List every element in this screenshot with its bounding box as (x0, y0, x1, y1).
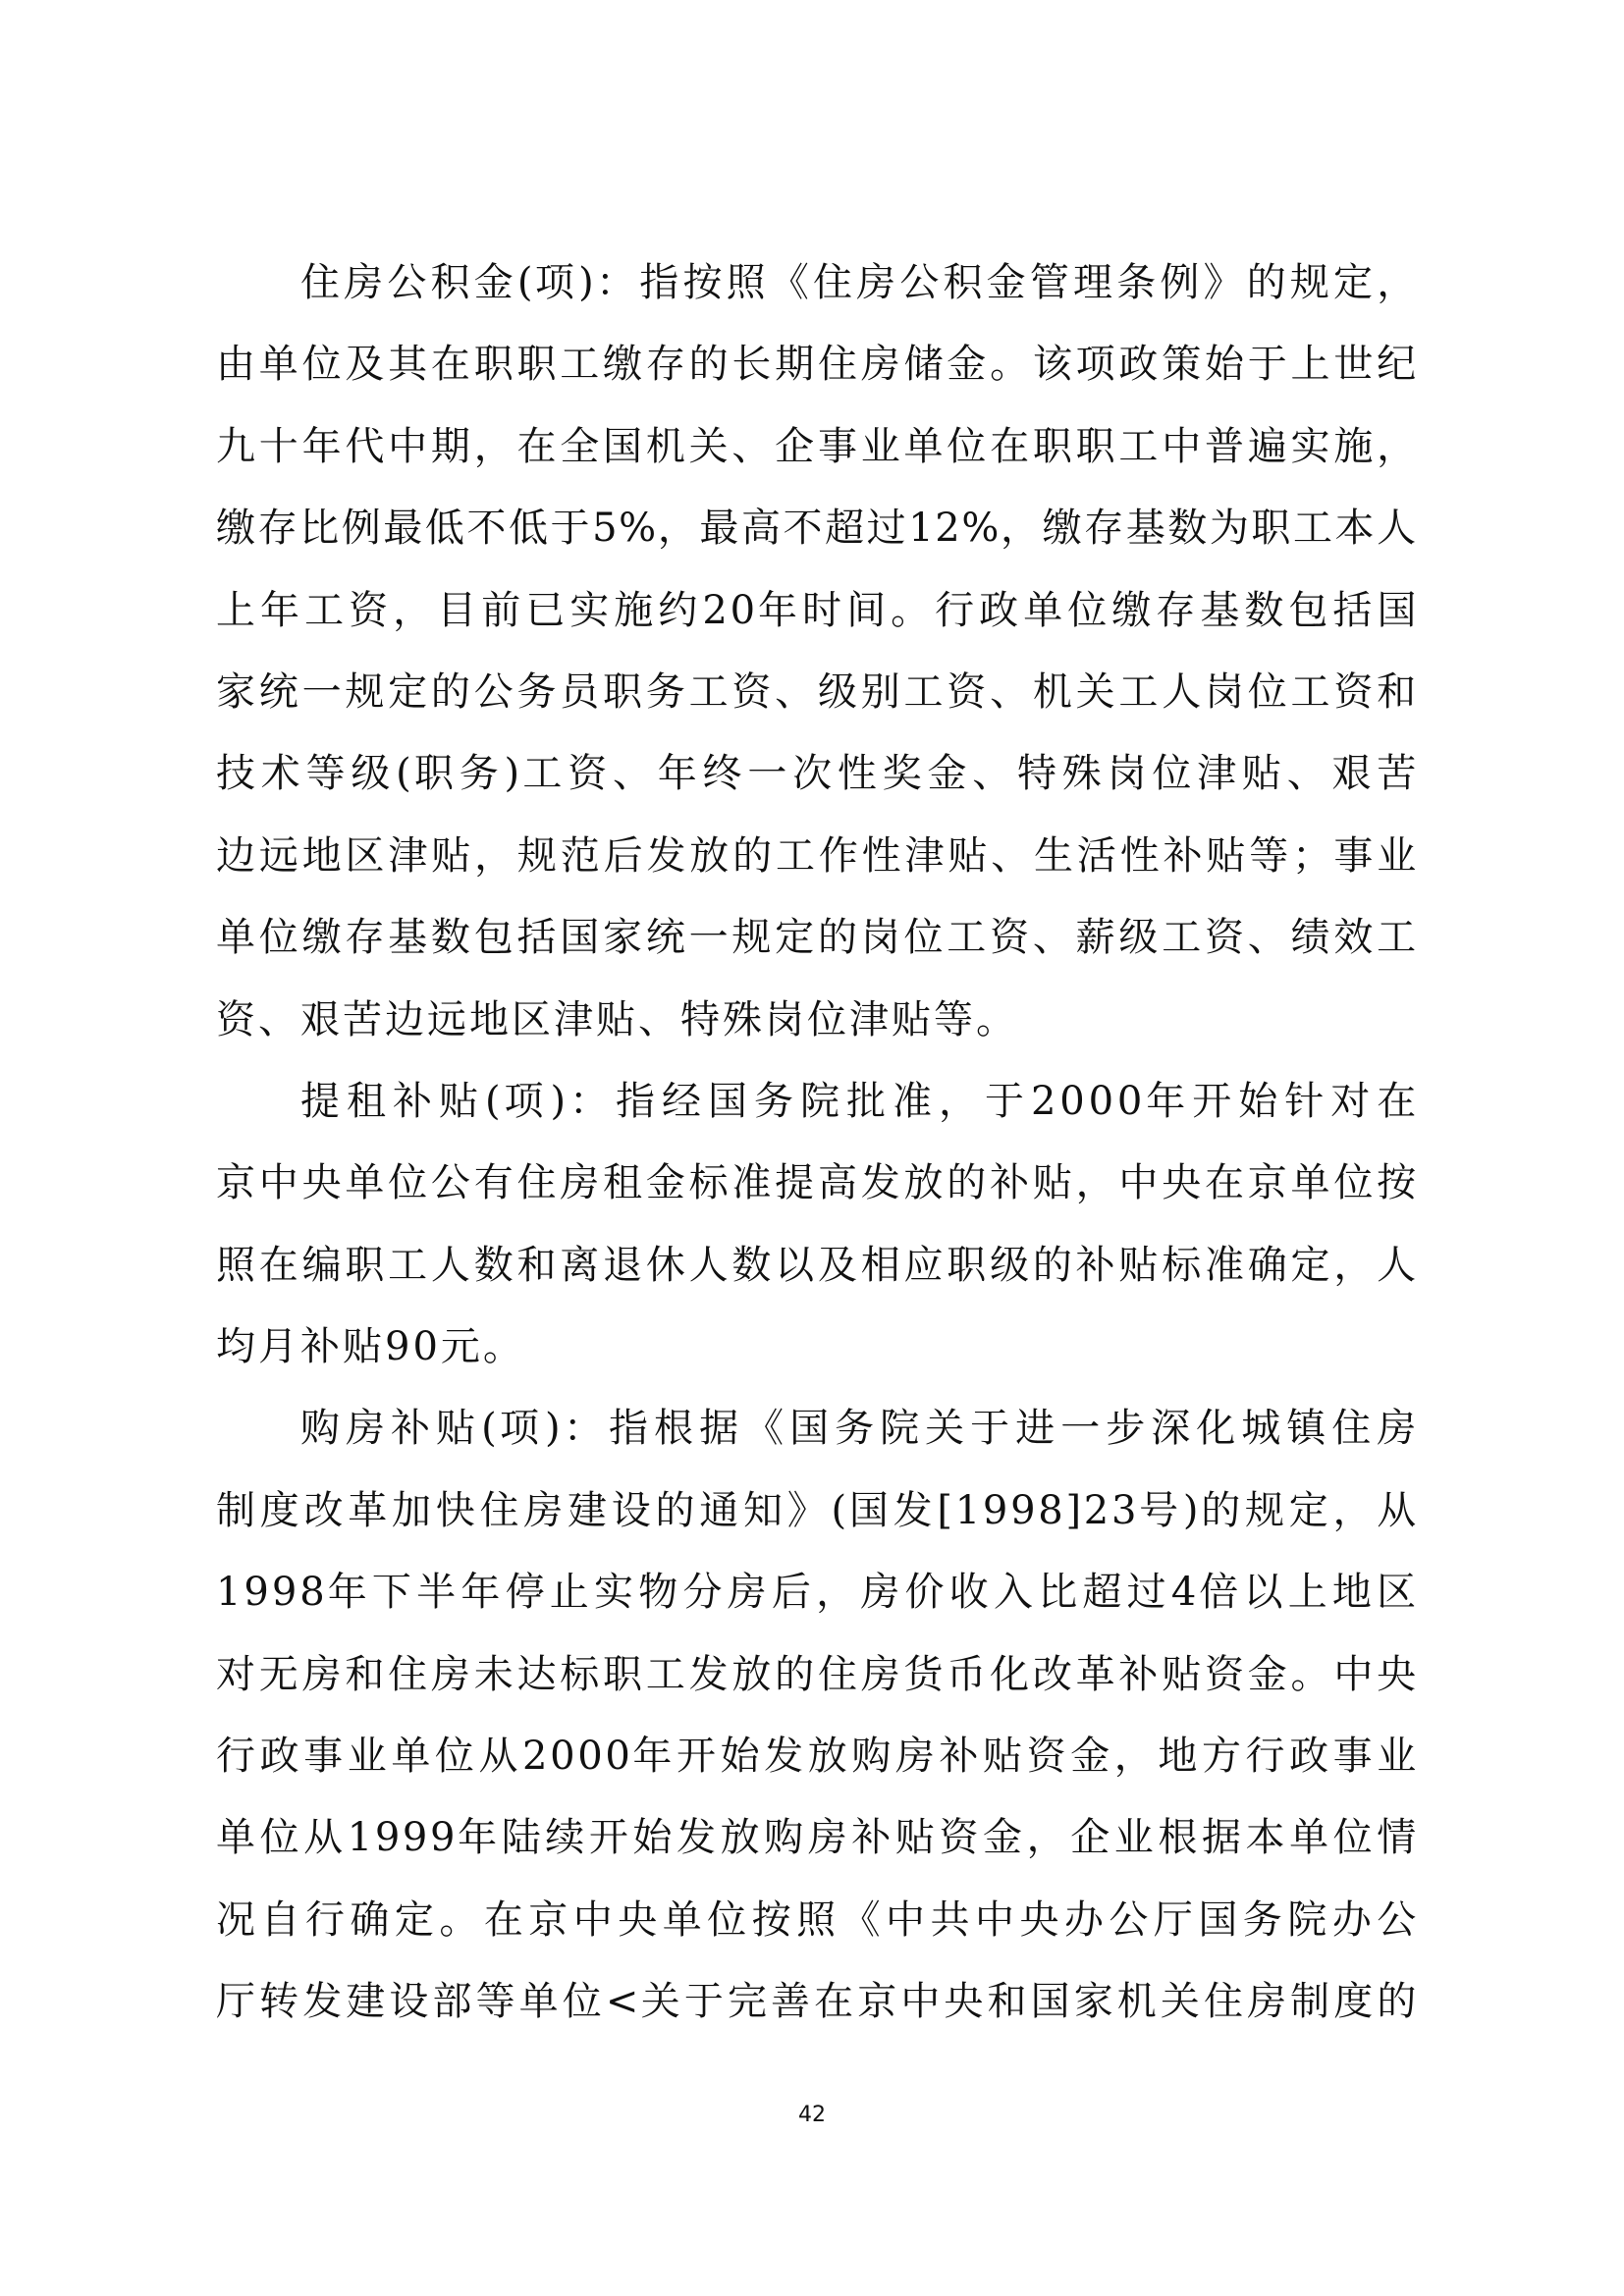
paragraph-rent-increase-subsidy-line: 照 在 编 职 工 人 数 和 离 退 休 人 数 以 及 相 应 职 级 的 … (216, 1236, 1416, 1317)
paragraph-housing-purchase-subsidy-line: 况 自 行 确 定 。 在 京 中 央 单 位 按 照 《 中 共 中 央 办 … (216, 1891, 1416, 1972)
paragraph-housing-provident-fund-line: 单 位 缴 存 基 数 包 括 国 家 统 一 规 定 的 岗 位 工 资 、 … (216, 908, 1416, 989)
paragraph-rent-increase-subsidy-line: 均月补贴90元。 (216, 1317, 1416, 1399)
paragraph-housing-purchase-subsidy-line: 购 房 补 贴 ( 项 ) ： 指 根 据 《 国 务 院 关 于 进 一 步 … (216, 1399, 1416, 1480)
page-number: 42 (0, 2103, 1624, 2127)
paragraph-housing-provident-fund-line: 技 术 等 级 ( 职 务 ) 工 资 、 年 终 一 次 性 奖 金 、 特 … (216, 744, 1416, 826)
paragraph-rent-increase-subsidy-line: 提 租 补 贴 ( 项 ) ： 指 经 国 务 院 批 准 ， 于 2 0 0 … (216, 1072, 1416, 1153)
paragraph-housing-purchase-subsidy-line: 单 位 从 1 9 9 9 年 陆 续 开 始 发 放 购 房 补 贴 资 金 … (216, 1808, 1416, 1890)
paragraph-housing-provident-fund-line: 上 年 工 资 ， 目 前 已 实 施 约 2 0 年 时 间 。 行 政 单 … (216, 581, 1416, 663)
paragraph-housing-provident-fund-line: 住 房 公 积 金 ( 项 ) ： 指 按 照 《 住 房 公 积 金 管 理 … (216, 253, 1416, 335)
paragraph-housing-purchase-subsidy-line: 对 无 房 和 住 房 未 达 标 职 工 发 放 的 住 房 货 币 化 改 … (216, 1645, 1416, 1727)
paragraph-housing-provident-fund-line: 边 远 地 区 津 贴 ， 规 范 后 发 放 的 工 作 性 津 贴 、 生 … (216, 827, 1416, 908)
paragraph-housing-purchase-subsidy-line: 制 度 改 革 加 快 住 房 建 设 的 通 知 》 ( 国 发 [ 1 9 … (216, 1481, 1416, 1563)
body-text: 住 房 公 积 金 ( 项 ) ： 指 按 照 《 住 房 公 积 金 管 理 … (216, 253, 1416, 2055)
paragraph-housing-provident-fund-line: 家 统 一 规 定 的 公 务 员 职 务 工 资 、 级 别 工 资 、 机 … (216, 663, 1416, 744)
paragraph-housing-purchase-subsidy-line: 1 9 9 8 年 下 半 年 停 止 实 物 分 房 后 ， 房 价 收 入 … (216, 1563, 1416, 1644)
paragraph-housing-provident-fund-line: 由 单 位 及 其 在 职 职 工 缴 存 的 长 期 住 房 储 金 。 该 … (216, 335, 1416, 416)
paragraph-housing-provident-fund-line: 缴 存 比 例 最 低 不 低 于 5 % ， 最 高 不 超 过 1 2 % … (216, 499, 1416, 580)
paragraph-housing-purchase-subsidy-line: 行 政 事 业 单 位 从 2 0 0 0 年 开 始 发 放 购 房 补 贴 … (216, 1727, 1416, 1808)
paragraph-rent-increase-subsidy-line: 京 中 央 单 位 公 有 住 房 租 金 标 准 提 高 发 放 的 补 贴 … (216, 1153, 1416, 1235)
paragraph-housing-purchase-subsidy-line: 厅 转 发 建 设 部 等 单 位 < 关 于 完 善 在 京 中 央 和 国 … (216, 1972, 1416, 2054)
paragraph-housing-provident-fund-line: 九 十 年 代 中 期 ， 在 全 国 机 关 、 企 事 业 单 位 在 职 … (216, 417, 1416, 499)
document-page: 住 房 公 积 金 ( 项 ) ： 指 按 照 《 住 房 公 积 金 管 理 … (0, 0, 1624, 2296)
paragraph-housing-provident-fund-line: 资、艰苦边远地区津贴、特殊岗位津贴等。 (216, 990, 1416, 1072)
